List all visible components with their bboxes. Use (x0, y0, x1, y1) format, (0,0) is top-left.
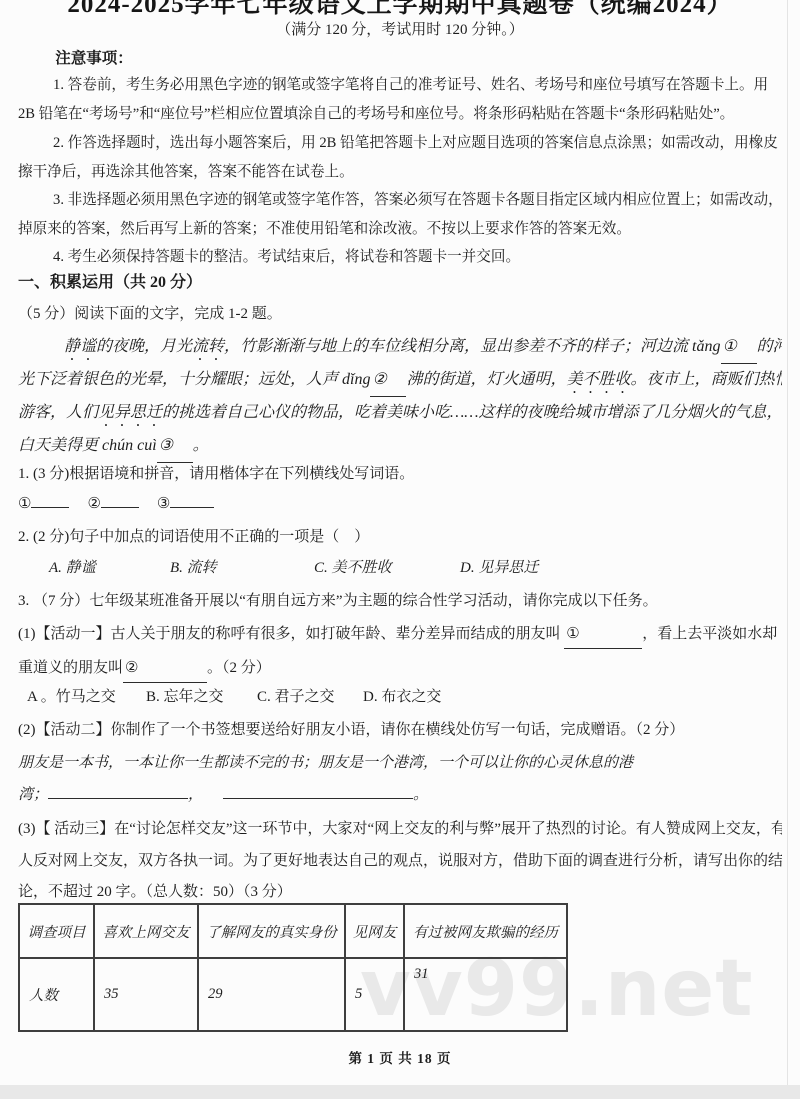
passage-text: 的夜晚，月光 (96, 338, 192, 355)
part-3-line-1: (3)【 活动三】在“讨论怎样交友”这一环节中，大家对“网上交友的利与弊”展开了… (18, 814, 782, 846)
passage-line-2: 光下泛着银色的光晕，十分耀眼；远处，人声 dǐng②沸的街道，灯火通明，美不胜收… (18, 363, 782, 397)
data-cell: 35 (94, 958, 198, 1031)
answer-blank (223, 786, 413, 799)
survey-table-header-row: 调查项目 喜欢上网交友 了解网友的真实身份 见网友 有过被网友欺骗的经历 (19, 904, 567, 958)
notice-item-2-line-2: 擦干净后，再选涂其他答案，答案不能答在试卷上。 (18, 158, 782, 187)
notice-item-4: 4. 考生必须保持答题卡的整洁。考试结束后，将试卷和答题卡一并交回。 (18, 243, 782, 272)
question-3-part-2-gift-line-1: 朋友是一本书，一本让你一生都读不完的书；朋友是一个港湾，一个可以让你的心灵休息的… (18, 750, 782, 777)
passage-text: 光下泛着银色的光晕，十分耀眼；远处，人声 dǐng (18, 371, 370, 388)
circled-number: ② (372, 371, 386, 388)
passage-blank-3: ③ (157, 429, 193, 463)
option-a: A. 静谧 (49, 555, 170, 581)
passage-emphasized-word: 见异思迁 (98, 404, 162, 421)
notice-item-2: 2. 作答选择题时，选出每小题答案后，用 2B 铅笔把答题卡上对应题目选项的答案… (18, 129, 782, 187)
paper-subtitle: （满分 120 分，考试用时 120 分钟。） (18, 19, 782, 41)
notice-item-3: 3. 非选择题必须用黑色字迹的钢笔或签字笔作答，答案必须写在答题卡各题目指定区域… (18, 186, 782, 244)
circled-number: ② (125, 660, 138, 676)
answer-blank-1: ① (564, 620, 642, 649)
notice-item-2-line-1: 2. 作答选择题时，选出每小题答案后，用 2B 铅笔把答题卡上对应题目选项的答案… (18, 129, 782, 158)
section-1-intro: （5 分）阅读下面的文字，完成 1-2 题。 (18, 301, 782, 327)
paper-title: 2024-2025学年七年级语文上学期期中真题卷（统编2024） (67, 0, 732, 17)
passage-line-3: 游客，人们见异思迁的挑选着自己心仪的物品，吃着美味小吃……这样的夜晚给城市增添了… (18, 396, 782, 430)
circled-number: ② (87, 496, 100, 512)
header-cell: 见网友 (345, 904, 404, 958)
passage-text: 。 (193, 437, 209, 454)
notice-item-3-line-1: 3. 非选择题必须用黑色字迹的钢笔或签字笔作答，答案必须写在答题卡各题目指定区域… (18, 186, 782, 215)
part-1-text: (1)【活动一】古人关于朋友的称呼有很多，如打破年龄、辈分差异而结成的朋友叫 (18, 626, 564, 642)
option-c: C. 君子之交 (257, 684, 363, 710)
passage-line-1: 静谧的夜晚，月光流转，竹影渐渐与地上的车位线相分离，显出参差不齐的样子；河边流 … (18, 330, 782, 364)
question-3-part-1-line-1: (1)【活动一】古人关于朋友的称呼有很多，如打破年龄、辈分差异而结成的朋友叫 ①… (18, 620, 782, 649)
option-b: B. 忘年之交 (146, 684, 257, 710)
circled-number: ③ (159, 437, 173, 454)
page-edge-line (787, 0, 788, 1085)
passage-emphasized-word: 流转 (192, 338, 224, 355)
circled-number: ① (566, 626, 579, 642)
question-3-part-1-line-2: 重道义的朋友叫②。（2 分） (18, 654, 782, 683)
header-cell: 调查项目 (19, 904, 94, 958)
passage-text: 的河水，在月 (757, 338, 783, 355)
header-cell: 喜欢上网交友 (94, 904, 198, 958)
option-a: A 。竹马之交 (27, 684, 146, 710)
passage-text: 。夜市上，商贩们热情地招呼着 (630, 371, 782, 388)
option-b: B. 流转 (170, 555, 314, 581)
paper-title-clipped: 2024-2025学年七年级语文上学期期中真题卷（统编2024） (0, 0, 800, 17)
part-3-line-2: 人反对网上交友，双方各执一词。为了更好地表达自己的观点，说服对方，借助下面的调查… (18, 846, 782, 878)
data-cell: 31 (404, 958, 567, 1031)
answer-blank (31, 495, 69, 508)
page-number-footer: 第 1 页 共 18 页 (18, 1050, 782, 1068)
circled-number: ① (18, 496, 31, 512)
question-1-text: 1. (3 分)根据语境和拼音，请用楷体字在下列横线处写词语。 (18, 461, 782, 487)
notice-item-1-line-2: 2B 铅笔在“考场号”和“座位号”栏相应位置填涂自己的考场号和座位号。将条形码粘… (18, 100, 782, 129)
page-content: 2024-2025学年七年级语文上学期期中真题卷（统编2024） （满分 120… (0, 0, 800, 1099)
notice-item-1: 1. 答卷前，考生务必用黑色字迹的钢笔或签字笔将自己的准考证号、姓名、考场号和座… (18, 71, 782, 129)
circled-number: ③ (157, 496, 170, 512)
data-cell: 人数 (19, 958, 94, 1031)
passage-line-4: 白天美得更 chún cuì③。 (18, 429, 782, 463)
answer-blank (48, 786, 188, 799)
notice-item-1-line-1: 1. 答卷前，考生务必用黑色字迹的钢笔或签字笔将自己的准考证号、姓名、考场号和座… (18, 71, 782, 100)
survey-table: 调查项目 喜欢上网交友 了解网友的真实身份 见网友 有过被网友欺骗的经历 人数 … (18, 903, 568, 1032)
notice-item-3-line-2: 掉原来的答案，然后再写上新的答案；不准使用铅笔和涂改液。不按以上要求作答的答案无… (18, 215, 782, 244)
passage-text: 游客，人们 (18, 404, 98, 421)
gift-text: 。 (413, 787, 428, 803)
passage-text: ，竹影渐渐与地上的车位线相分离，显出参差不齐的样子；河边流 tǎng (224, 338, 720, 355)
answer-blank (101, 495, 139, 508)
page-bottom-strip (0, 1085, 800, 1099)
gift-text: 湾； (18, 787, 48, 803)
answer-blank (170, 495, 214, 508)
exam-paper-page: vv99.net 2024-2025学年七年级语文上学期期中真题卷（统编2024… (0, 0, 800, 1099)
data-cell: 29 (198, 958, 345, 1031)
question-2-text: 2. (2 分)句子中加点的词语使用不正确的一项是（ ） (18, 524, 782, 550)
passage-text: 白天美得更 chún cuì (18, 437, 157, 454)
survey-table-data-row: 人数 35 29 5 31 (19, 958, 567, 1031)
part-1-text: 重道义的朋友叫 (18, 660, 123, 676)
question-3-text: 3. （7 分）七年级某班准备开展以“有朋自远方来”为主题的综合性学习活动，请你… (18, 588, 782, 614)
part-1-text: 。（2 分） (207, 660, 271, 676)
answer-blank-2: ② (123, 654, 207, 683)
question-3-part-3: (3)【 活动三】在“讨论怎样交友”这一环节中，大家对“网上交友的利与弊”展开了… (18, 814, 782, 909)
option-d: D. 布衣之交 (363, 684, 441, 710)
notice-item-4-line-1: 4. 考生必须保持答题卡的整洁。考试结束后，将试卷和答题卡一并交回。 (18, 243, 782, 272)
header-cell: 了解网友的真实身份 (198, 904, 345, 958)
part-1-text: ，看上去平淡如水却 (642, 626, 777, 642)
question-1-answer-blanks: ①②③ (18, 491, 782, 517)
passage-emphasized-word: 美不胜收 (566, 371, 630, 388)
data-cell: 5 (345, 958, 404, 1031)
option-c: C. 美不胜收 (314, 555, 460, 581)
gift-text: ， (188, 787, 203, 803)
section-1-heading: 一、积累运用（共 20 分） (18, 270, 782, 296)
question-2-options: A. 静谧 B. 流转 C. 美不胜收 D. 见异思迁 (18, 555, 782, 581)
passage-blank-2: ② (370, 363, 406, 397)
passage-blank-1: ① (721, 330, 757, 364)
header-cell: 有过被网友欺骗的经历 (404, 904, 567, 958)
question-3-part-2-gift-line-2: 湾；，。 (18, 782, 782, 809)
circled-number: ① (723, 338, 737, 355)
question-3-part-1-options: A 。竹马之交 B. 忘年之交 C. 君子之交 D. 布衣之交 (18, 684, 782, 710)
passage-text: 的挑选着自己心仪的物品，吃着美味小吃……这样的夜晚给城市增添了几分烟火的气息，但… (162, 404, 782, 421)
notice-heading: 注意事项： (18, 47, 782, 71)
question-3-part-2-text: (2)【活动二】你制作了一个书签想要送给好朋友小语，请你在横线处仿写一句话，完成… (18, 717, 782, 743)
option-d: D. 见异思迁 (460, 555, 538, 581)
passage-emphasized-word: 静谧 (64, 338, 96, 355)
passage-text: 沸的街道，灯火通明， (406, 371, 566, 388)
